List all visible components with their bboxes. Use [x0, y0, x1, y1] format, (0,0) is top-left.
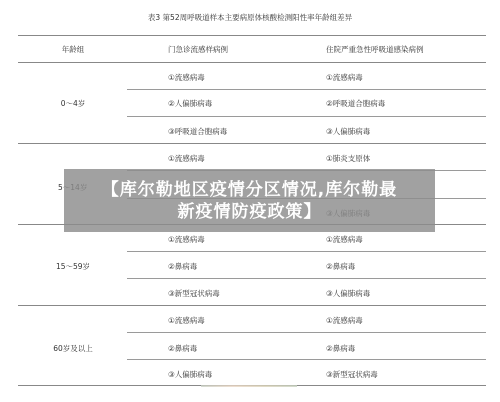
table-cell: ①流感病毒: [326, 315, 363, 326]
table-cell: ②鼻病毒: [168, 343, 197, 354]
decorative-image-strip: [201, 385, 297, 387]
age-group-label: 60岁及以上: [18, 343, 128, 354]
overlay-headline-line-2: 新疫情防疫政策】: [178, 201, 322, 223]
table-cell: ①流感病毒: [326, 72, 363, 83]
row-divider: [127, 278, 486, 279]
row-divider: [127, 89, 486, 90]
table-cell: ③人偏肺病毒: [168, 369, 212, 380]
table-cell: ②人偏肺病毒: [168, 98, 212, 109]
table-cell: ③新型冠状病毒: [326, 369, 378, 380]
table-cell: ③人偏肺病毒: [326, 288, 370, 299]
row-divider: [127, 116, 486, 117]
table-cell: ①流感病毒: [168, 234, 205, 245]
document-page: 表3 第52周呼吸道样本主要病原体核酸检测阳性率年龄组差异 年龄组 门急诊流感样…: [0, 0, 500, 402]
table-cell: ①流感病毒: [168, 72, 205, 83]
table-title: 表3 第52周呼吸道样本主要病原体核酸检测阳性率年龄组差异: [0, 12, 500, 23]
table-cell: ②鼻病毒: [326, 261, 355, 272]
header-outpatient: 门急诊流感样病例: [168, 44, 228, 55]
table-cell: ①流感病毒: [168, 153, 205, 164]
header-bottom-rule: [18, 62, 486, 63]
table-cell: ①流感病毒: [326, 234, 363, 245]
table-cell: ③呼吸道合胞病毒: [168, 126, 227, 137]
row-divider: [127, 359, 486, 360]
row-divider: [127, 251, 486, 252]
table-cell: ②鼻病毒: [168, 261, 197, 272]
age-group-label: 0～4岁: [18, 98, 128, 109]
table-cell: ①流感病毒: [168, 315, 205, 326]
table-cell: ②呼吸道合胞病毒: [326, 98, 385, 109]
group-divider: [18, 143, 486, 144]
age-group-label: 15～59岁: [18, 261, 128, 272]
table-cell: ①肺炎支原体: [326, 153, 370, 164]
row-divider: [127, 332, 486, 333]
table-cell: ②鼻病毒: [326, 343, 355, 354]
header-inpatient: 住院严重急性呼吸道感染病例: [326, 44, 424, 55]
table-cell: ③人偏肺病毒: [326, 126, 370, 137]
headline-overlay-banner: 【库尔勒地区疫情分区情况,库尔勒最 新疫情防疫政策】: [64, 169, 435, 232]
header-age-group: 年龄组: [18, 44, 128, 55]
overlay-headline-line-1: 【库尔勒地区疫情分区情况,库尔勒最: [102, 179, 397, 201]
table-cell: ③新型冠状病毒: [168, 288, 220, 299]
group-divider: [18, 305, 486, 306]
table-top-rule: [18, 35, 486, 36]
